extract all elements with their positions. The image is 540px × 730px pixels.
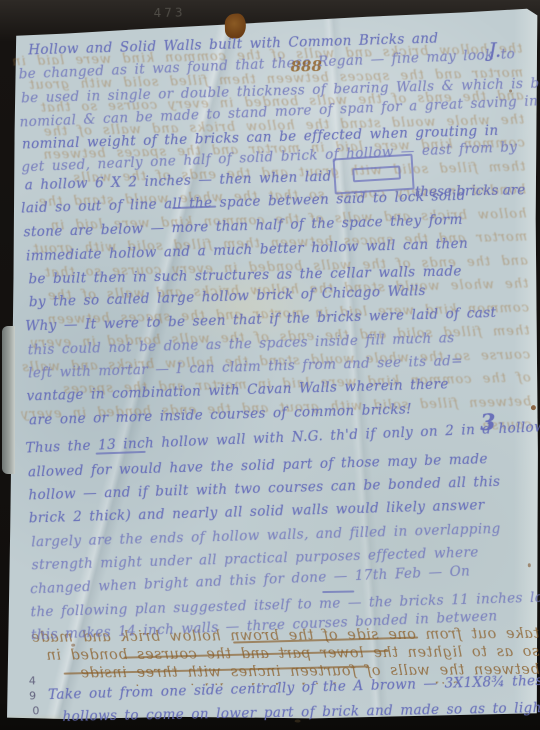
handwritten-line: hollows to come on lower part of brick a…	[62, 700, 540, 725]
photo-backdrop: the hollow bricks and walls of the commo…	[0, 0, 540, 730]
hollow-brick-sketch	[333, 154, 415, 195]
ink-blot	[225, 13, 246, 38]
brown-numeral: 888	[290, 57, 322, 76]
edge-speck	[295, 719, 301, 722]
foxing-spot	[71, 644, 75, 647]
right-margin-note: these bricks are	[415, 182, 525, 200]
hollow-brick-sketch-core	[352, 165, 401, 182]
pencil-page-number: 473	[153, 5, 185, 20]
margin-digit: 9	[29, 689, 36, 702]
flourish-initial: J.	[488, 38, 501, 62]
right-margin-numeral: 3	[480, 410, 496, 436]
foxing-spot	[531, 405, 536, 410]
margin-digit: 4	[29, 674, 36, 687]
margin-digit: 0	[32, 704, 39, 717]
page-content: the hollow bricks and walls of the commo…	[0, 0, 540, 730]
foxing-spot	[528, 563, 531, 567]
foxing-spot	[509, 90, 512, 93]
